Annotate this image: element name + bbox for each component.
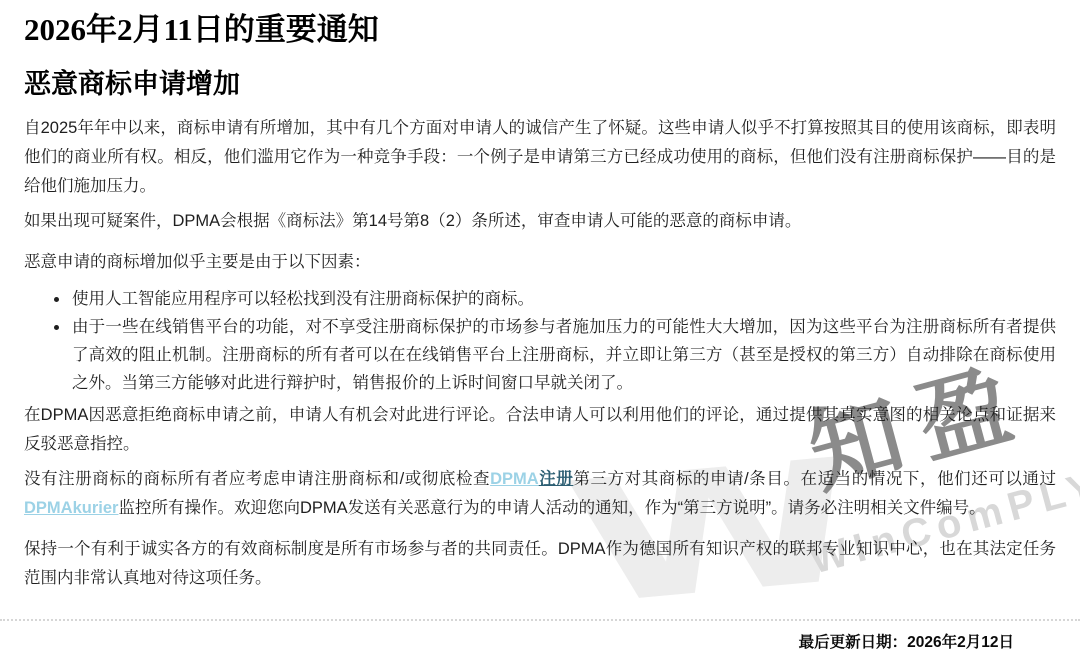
recommendations-text-before-link: 没有注册商标的商标所有者应考虑申请注册商标和/或彻底检查 bbox=[24, 470, 490, 488]
recommendations-text-after-link: 监控所有操作。欢迎您向DPMA发送有关恶意行为的申请人活动的通知，作为“第三方说… bbox=[118, 499, 985, 517]
last-updated-label: 最后更新日期：2026年2月12日 bbox=[799, 630, 1014, 652]
list-item-ai-tools: 使用人工智能应用程序可以轻松找到没有注册商标保护的商标。 bbox=[70, 285, 1056, 313]
paragraph-law-reference: 如果出现可疑案件，DPMA会根据《商标法》第14号第8（2）条所述，审查申请人可… bbox=[24, 207, 1056, 236]
notice-content: 2026年2月11日的重要通知 恶意商标申请增加 自2025年年中以来，商标申请… bbox=[0, 0, 1080, 657]
list-item-online-platforms: 由于一些在线销售平台的功能，对不享受注册商标保护的市场参与者施加压力的可能性大大… bbox=[70, 313, 1056, 397]
section-title: 恶意商标申请增加 bbox=[24, 66, 1056, 102]
notice-page: W 知盈 WInComPLY 2026年2月11日的重要通知 恶意商标申请增加 … bbox=[0, 0, 1080, 657]
page-title: 2026年2月11日的重要通知 bbox=[24, 10, 1056, 50]
dpma-register-link-cn[interactable]: 注册 bbox=[539, 470, 574, 488]
paragraph-closing: 保持一个有利于诚实各方的有效商标制度是所有市场参与者的共同责任。DPMA作为德国… bbox=[24, 535, 1056, 593]
paragraph-recommendations: 没有注册商标的商标所有者应考虑申请注册商标和/或彻底检查DPMA注册第三方对其商… bbox=[24, 465, 1056, 523]
paragraph-factors-lead: 恶意申请的商标增加似乎主要是由于以下因素： bbox=[24, 248, 1056, 277]
dpma-register-link[interactable]: DPMA bbox=[490, 470, 539, 488]
paragraph-intro: 自2025年年中以来，商标申请有所增加，其中有几个方面对申请人的诚信产生了怀疑。… bbox=[24, 114, 1056, 201]
dpmakurier-link[interactable]: DPMAkurier bbox=[24, 499, 118, 517]
factors-list: 使用人工智能应用程序可以轻松找到没有注册商标保护的商标。 由于一些在线销售平台的… bbox=[24, 285, 1056, 397]
recommendations-text-middle: 第三方对其商标的申请/条目。在适当的情况下，他们还可以通过 bbox=[573, 470, 1056, 488]
dotted-divider bbox=[0, 619, 1080, 621]
paragraph-comment-opportunity: 在DPMA因恶意拒绝商标申请之前，申请人有机会对此进行评论。合法申请人可以利用他… bbox=[24, 401, 1056, 459]
